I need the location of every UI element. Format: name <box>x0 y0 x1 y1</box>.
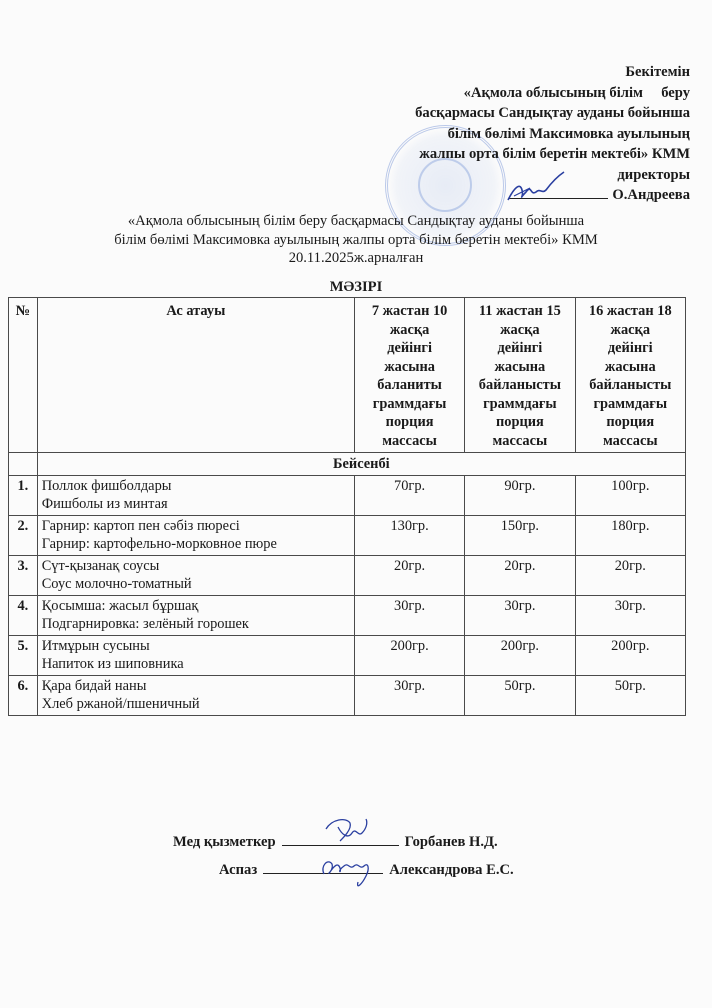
row-number: 1. <box>9 476 38 516</box>
approval-line: директоры <box>330 165 690 186</box>
dish-name: Итмұрын сусыныНапиток из шиповника <box>37 636 354 676</box>
portion-age-7-10: 70гр. <box>354 476 464 516</box>
table-row: 2.Гарнир: картоп пен сәбіз пюресіГарнир:… <box>9 516 686 556</box>
row-number: 6. <box>9 676 38 716</box>
approval-line: басқармасы Сандықтау ауданы бойынша <box>330 103 690 124</box>
column-header-line: порция <box>355 413 464 432</box>
dish-name-kz: Гарнир: картоп пен сәбіз пюресі <box>42 517 354 535</box>
column-header-number: № <box>9 298 38 453</box>
header-line: «Ақмола облысының білім беру басқармасы … <box>0 212 712 231</box>
column-header-line: байланысты <box>576 376 685 395</box>
column-header-line: граммдағы <box>576 395 685 414</box>
approval-line: «Ақмола облысының білім беру <box>330 83 690 104</box>
medic-name: Горбанев Н.Д. <box>405 834 498 850</box>
medic-signature-blank <box>282 832 399 846</box>
approval-line: білім бөлімі Максимовка ауылының <box>330 124 690 145</box>
dish-name: Гарнир: картоп пен сәбіз пюресіГарнир: к… <box>37 516 354 556</box>
document-header: «Ақмола облысының білім беру басқармасы … <box>0 212 712 268</box>
column-header-line: баланиты <box>355 376 464 395</box>
approval-signer: О.Андреева <box>612 187 690 203</box>
dish-name-ru: Хлеб ржаной/пшеничный <box>42 695 354 713</box>
dish-name-kz: Қара бидай наны <box>42 677 354 695</box>
portion-age-7-10: 30гр. <box>354 596 464 636</box>
header-line: білім бөлімі Максимовка ауылының жалпы о… <box>0 231 712 250</box>
row-number: 4. <box>9 596 38 636</box>
medic-label: Мед қызметкер <box>173 834 276 850</box>
header-date: 20.11.2025ж.арналған <box>0 249 712 268</box>
portion-age-16-18: 20гр. <box>575 556 685 596</box>
dish-name-ru: Напиток из шиповника <box>42 655 354 673</box>
portion-age-7-10: 200гр. <box>354 636 464 676</box>
portion-age-7-10: 130гр. <box>354 516 464 556</box>
column-header-age-7-10: 7 жастан 10жасқадейінгіжасынабаланитыгра… <box>354 298 464 453</box>
column-header-line: граммдағы <box>465 395 574 414</box>
table-row: 6.Қара бидай наныХлеб ржаной/пшеничный30… <box>9 676 686 716</box>
signature-blank <box>508 186 608 199</box>
row-number: 2. <box>9 516 38 556</box>
table-row: 5.Итмұрын сусыныНапиток из шиповника200г… <box>9 636 686 676</box>
cook-signature-blank <box>263 860 383 874</box>
column-header-line: байланысты <box>465 376 574 395</box>
row-number: 5. <box>9 636 38 676</box>
dish-name-ru: Фишболы из минтая <box>42 495 354 513</box>
column-header-line: 11 жастан 15 <box>465 302 574 321</box>
portion-age-11-15: 90гр. <box>465 476 575 516</box>
cook-name: Александрова Е.С. <box>389 862 513 878</box>
dish-name-ru: Гарнир: картофельно-морковное пюре <box>42 535 354 553</box>
column-header-line: жасқа <box>576 321 685 340</box>
cook-label: Аспаз <box>219 862 257 878</box>
approval-signature-line: О.Андреева <box>330 185 690 206</box>
column-header-line: жасына <box>465 358 574 377</box>
dish-name: Поллок фишболдарыФишболы из минтая <box>37 476 354 516</box>
column-header-line: 7 жастан 10 <box>355 302 464 321</box>
column-header-line: жасына <box>355 358 464 377</box>
portion-age-16-18: 100гр. <box>575 476 685 516</box>
cook-signature-row: АспазАлександрова Е.С. <box>219 860 514 879</box>
dish-name-kz: Қосымша: жасыл бұршақ <box>42 597 354 615</box>
approval-line: Бекітемін <box>330 62 690 83</box>
page-title: МӘЗІРІ <box>0 279 712 296</box>
dish-name-kz: Итмұрын сусыны <box>42 637 354 655</box>
portion-age-11-15: 150гр. <box>465 516 575 556</box>
column-header-dish: Ас атауы <box>37 298 354 453</box>
column-header-line: массасы <box>465 432 574 451</box>
portion-age-16-18: 200гр. <box>575 636 685 676</box>
day-row-empty-cell <box>9 453 38 476</box>
day-label: Бейсенбі <box>37 453 685 476</box>
portion-age-7-10: 30гр. <box>354 676 464 716</box>
table-row: 1.Поллок фишболдарыФишболы из минтая70гр… <box>9 476 686 516</box>
dish-name-ru: Соус молочно-томатный <box>42 575 354 593</box>
day-row: Бейсенбі <box>9 453 686 476</box>
portion-age-11-15: 200гр. <box>465 636 575 676</box>
approval-line: жалпы орта білім беретін мектебі» КММ <box>330 144 690 165</box>
portion-age-7-10: 20гр. <box>354 556 464 596</box>
portion-age-16-18: 30гр. <box>575 596 685 636</box>
dish-name-kz: Сүт-қызанақ соусы <box>42 557 354 575</box>
portion-age-11-15: 20гр. <box>465 556 575 596</box>
column-header-line: массасы <box>576 432 685 451</box>
column-header-line: массасы <box>355 432 464 451</box>
dish-name: Қара бидай наныХлеб ржаной/пшеничный <box>37 676 354 716</box>
portion-age-16-18: 180гр. <box>575 516 685 556</box>
column-header-line: дейінгі <box>355 339 464 358</box>
approval-block: Бекітемін «Ақмола облысының білім беру б… <box>330 62 690 206</box>
menu-table: № Ас атауы 7 жастан 10жасқадейінгіжасына… <box>8 297 686 716</box>
table-row: 3.Сүт-қызанақ соусыСоус молочно-томатный… <box>9 556 686 596</box>
dish-name-kz: Поллок фишболдары <box>42 477 354 495</box>
column-header-line: дейінгі <box>465 339 574 358</box>
dish-name: Сүт-қызанақ соусыСоус молочно-томатный <box>37 556 354 596</box>
column-header-line: порция <box>576 413 685 432</box>
column-header-line: жасына <box>576 358 685 377</box>
portion-age-11-15: 50гр. <box>465 676 575 716</box>
column-header-line: порция <box>465 413 574 432</box>
table-header-row: № Ас атауы 7 жастан 10жасқадейінгіжасына… <box>9 298 686 453</box>
column-header-age-16-18: 16 жастан 18жасқадейінгіжасынабайланысты… <box>575 298 685 453</box>
row-number: 3. <box>9 556 38 596</box>
column-header-line: граммдағы <box>355 395 464 414</box>
dish-name-ru: Подгарнировка: зелёный горошек <box>42 615 354 633</box>
table-row: 4.Қосымша: жасыл бұршақПодгарнировка: зе… <box>9 596 686 636</box>
medic-signature-row: Мед қызметкерГорбанев Н.Д. <box>173 832 498 851</box>
column-header-line: жасқа <box>355 321 464 340</box>
dish-name: Қосымша: жасыл бұршақПодгарнировка: зелё… <box>37 596 354 636</box>
portion-age-11-15: 30гр. <box>465 596 575 636</box>
portion-age-16-18: 50гр. <box>575 676 685 716</box>
column-header-line: жасқа <box>465 321 574 340</box>
column-header-age-11-15: 11 жастан 15жасқадейінгіжасынабайланысты… <box>465 298 575 453</box>
column-header-line: дейінгі <box>576 339 685 358</box>
column-header-line: 16 жастан 18 <box>576 302 685 321</box>
